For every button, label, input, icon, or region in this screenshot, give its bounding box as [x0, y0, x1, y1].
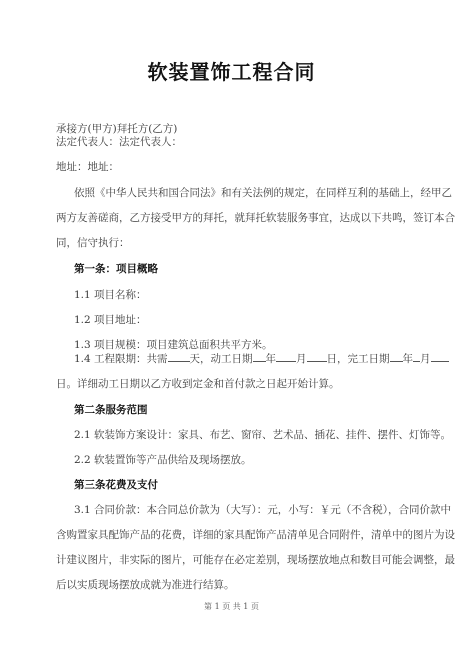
parties-line: 承接方(甲方)拜托方(乙方): [56, 122, 177, 136]
section-1-item-4: 1.4 工程限期：共需天，动工日期年月日，完工日期年月: [74, 351, 449, 366]
item-4-part-7: 月: [420, 353, 431, 365]
start-day-blank: [307, 351, 327, 362]
section-2-heading: 第二条服务范围: [74, 403, 148, 417]
section-1-item-4-continuation: 日。详细动工日期以乙方收到定金和首付款之日起开始计算。: [56, 377, 340, 391]
days-blank: [168, 351, 190, 362]
start-month-blank: [276, 351, 296, 362]
document-title: 软装置饰工程合同: [0, 56, 463, 85]
item-4-part-5: 日，完工日期: [327, 353, 390, 365]
document-page: 软装置饰工程合同 承接方(甲方)拜托方(乙方) 法定代表人：法定代表人： 地址：…: [0, 0, 463, 655]
end-day-blank: [431, 351, 449, 362]
section-3-item-1-line-3: 计建议图片，非实际的图片，可能存在必定差别，现场摆放地点和数目可能会调整，最: [56, 553, 455, 567]
item-4-part-2: 天，动工日期: [190, 353, 253, 365]
section-3-item-1-line-2: 含购置家具配饰产品的花费，详细的家具配饰产品清单见合同附件，清单中的图片为设: [56, 528, 455, 542]
section-2-item-1: 2.1 软装饰方案设计：家具、布艺、窗帘、艺术品、插花、挂件、摆件、灯饰等。: [74, 428, 451, 442]
section-1-item-2: 1.2 项目地址：: [74, 313, 147, 327]
item-4-part-4: 月: [296, 353, 307, 365]
page-footer: 第 1 页 共 1 页: [0, 601, 463, 612]
start-year-blank: [253, 351, 266, 362]
section-3-item-1-line-1: 3.1 合同价款：本合同总价款为（大写）：元，小写：￥元（不含税），合同价款中: [74, 503, 451, 517]
section-1-item-3: 1.3 项目规模：项目建筑总面积共平方米。: [74, 338, 273, 352]
preamble-line-3: 同，信守执行：: [56, 236, 130, 250]
legal-representative-line: 法定代表人：法定代表人：: [56, 135, 182, 149]
section-1-heading: 第一条：项目概略: [74, 262, 158, 276]
preamble-line-2: 两方友善磋商，乙方接受甲方的拜托，就拜托软装服务事宜，达成以下共鸣，签订本合: [56, 211, 455, 225]
item-4-part-3: 年: [266, 353, 277, 365]
end-year-blank: [390, 351, 403, 362]
item-4-part-1: 1.4 工程限期：共需: [74, 353, 168, 365]
section-2-item-2: 2.2 软装置饰等产品供给及现场摆放。: [74, 453, 252, 467]
section-1-item-1: 1.1 项目名称：: [74, 288, 147, 302]
address-line: 地址：地址：: [56, 160, 119, 174]
section-3-item-1-line-4: 后以实质现场摆放成就为准进行结算。: [56, 578, 235, 592]
item-4-part-6: 年: [403, 353, 414, 365]
preamble-line-1: 依照《中华人民共和国合同法》和有关法例的规定，在同样互利的基础上，经甲乙: [74, 186, 452, 200]
section-3-heading: 第三条花费及支付: [74, 478, 158, 492]
end-month-blank: [413, 351, 420, 362]
